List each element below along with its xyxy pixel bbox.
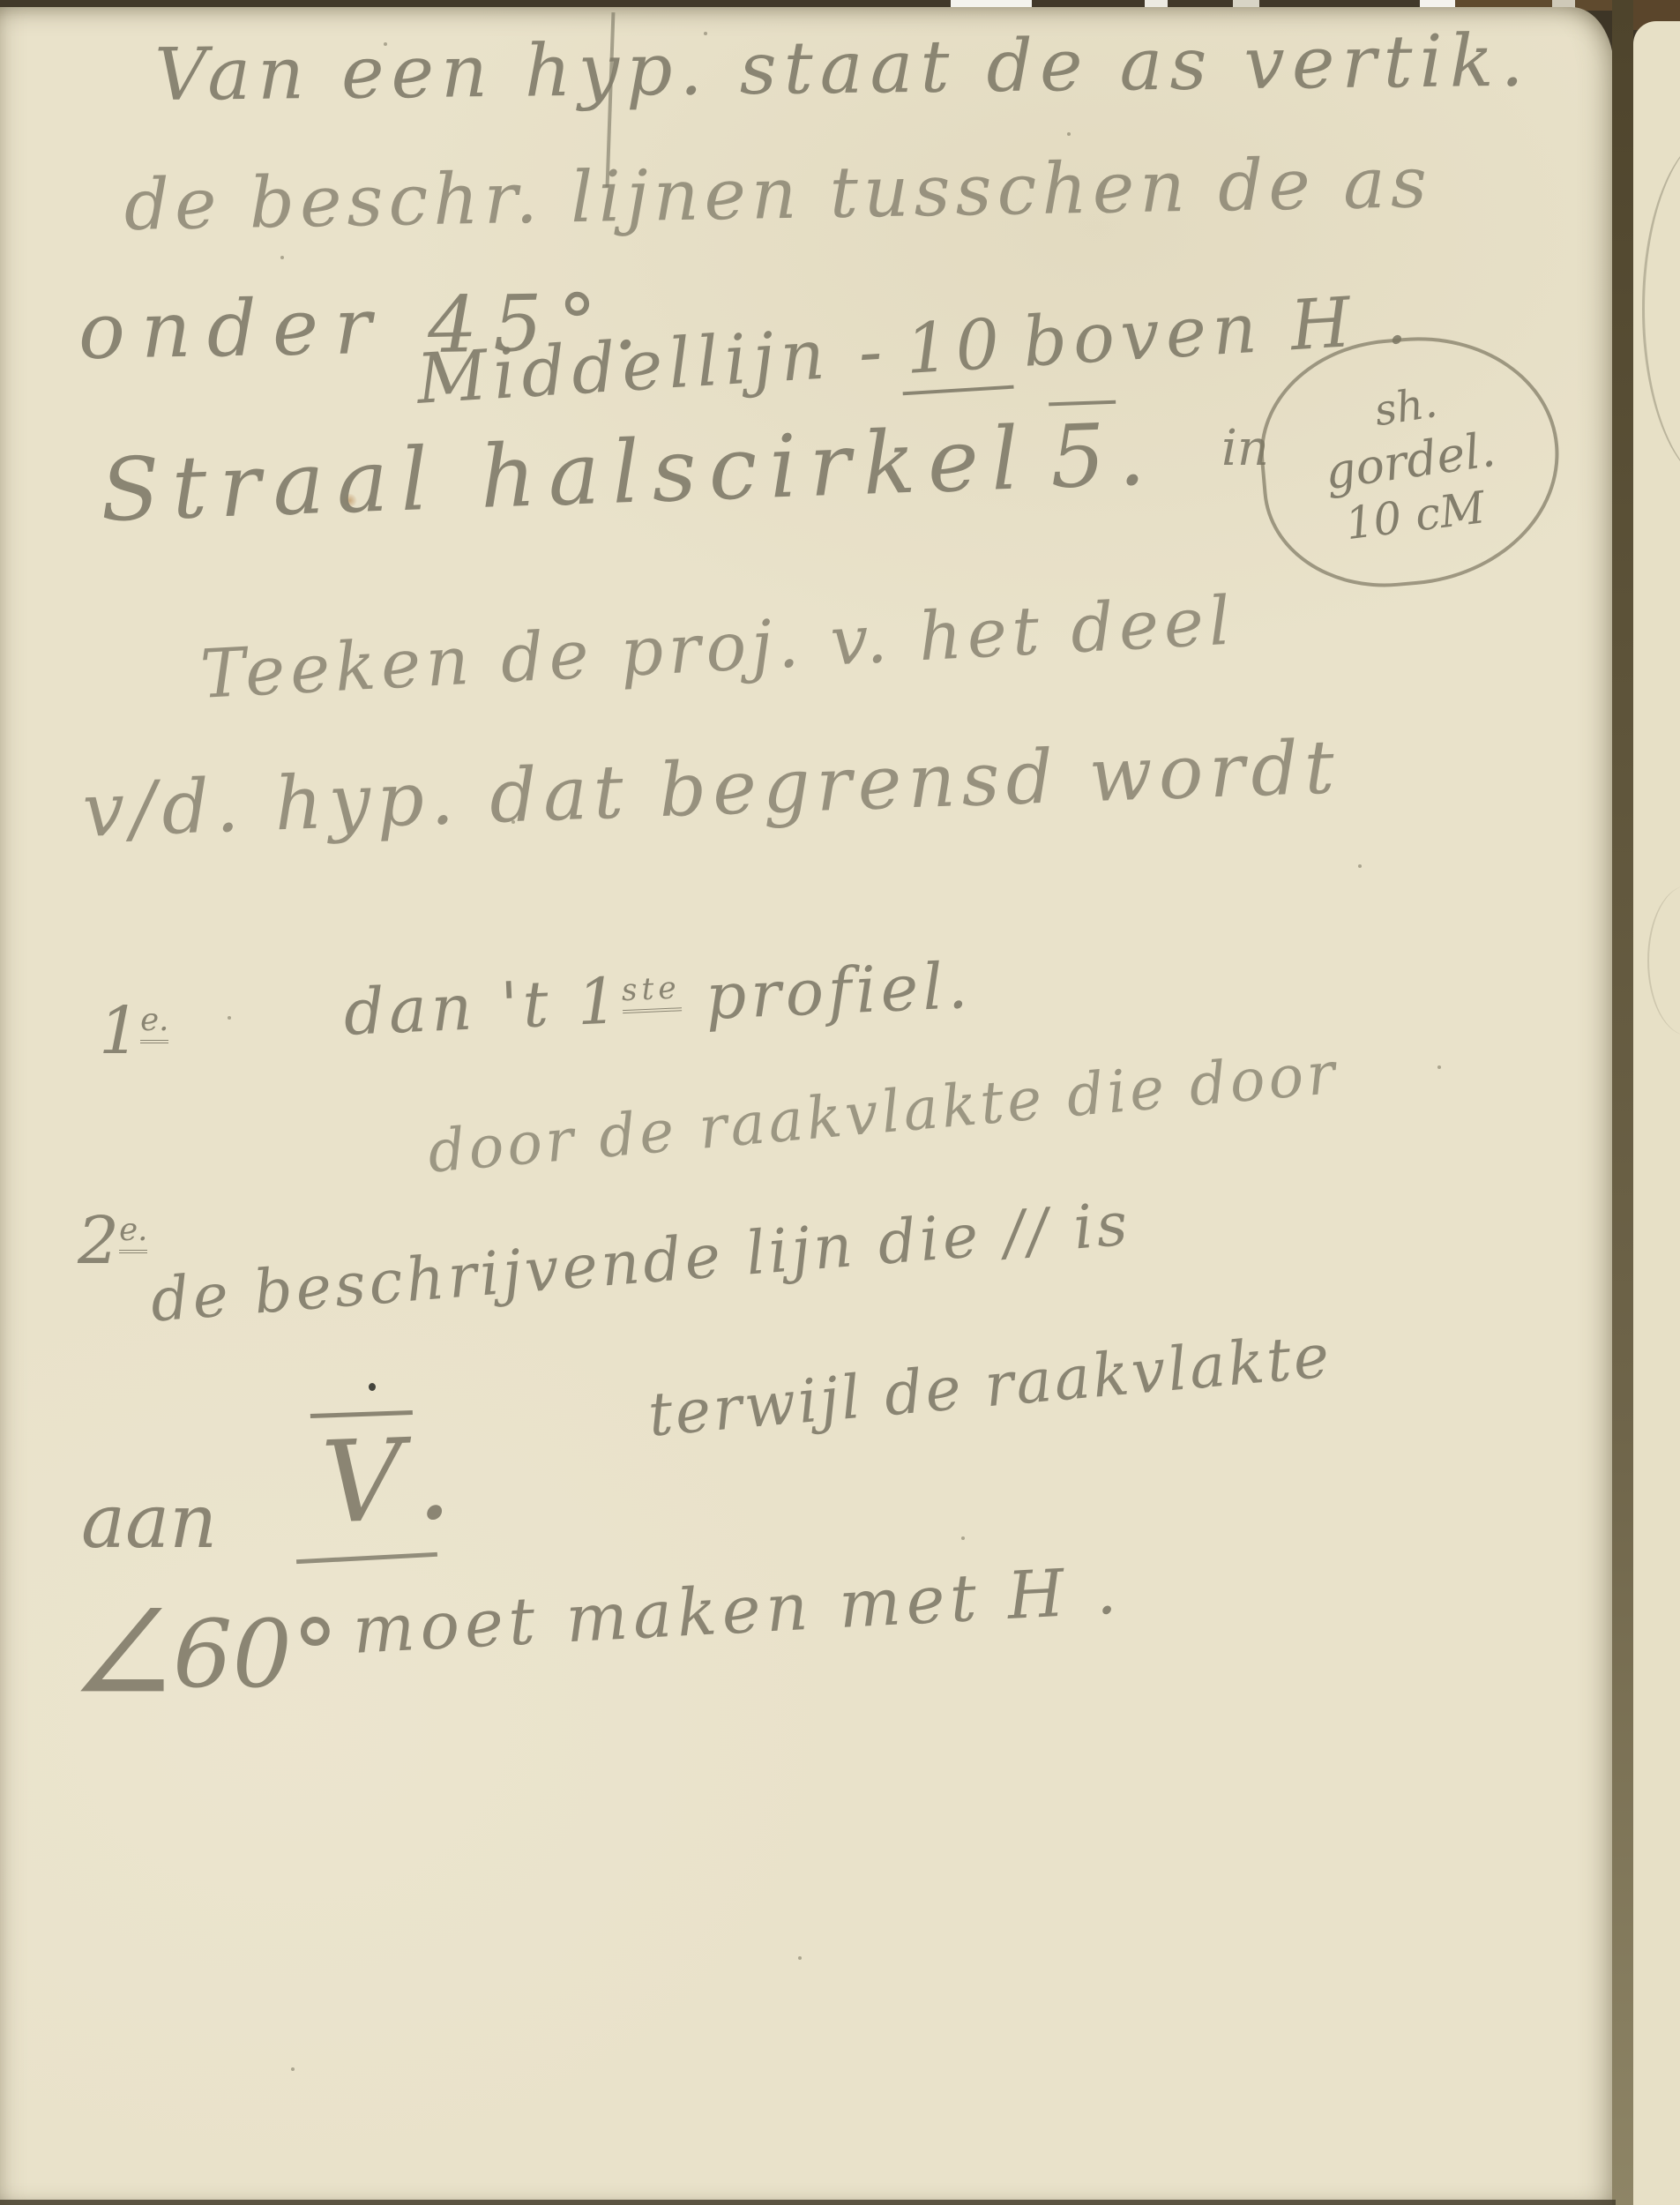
pencil-mark — [1642, 132, 1680, 485]
handwriting-line-11: terwijl de raakvlakte — [646, 1321, 1334, 1450]
paper-speck — [280, 256, 284, 259]
scan-bottom-edge — [0, 2200, 1616, 2205]
overlined-letter: V — [310, 1410, 418, 1550]
handwriting-line-7: v/d. hyp. dat begrensd wordt — [81, 723, 1341, 854]
scanned-notebook-page: Van een hyp. staat de as vertik. de besc… — [0, 0, 1680, 2205]
notebook-page: Van een hyp. staat de as vertik. de besc… — [0, 7, 1614, 2205]
handwriting-line-12: moet maken met H . — [351, 1552, 1124, 1669]
angle-symbol: ∠ — [60, 1568, 184, 1741]
list-marker-2e: 2e. — [78, 1203, 147, 1279]
handwriting-line-6: Teeken de proj. v. het deel — [198, 581, 1237, 714]
ink-speck — [369, 1383, 376, 1391]
annotation-row: sh. — [1370, 377, 1440, 436]
scan-highlight — [1233, 0, 1259, 7]
ordinal-superscript: ste — [621, 970, 682, 1013]
underlined-number: 10 — [898, 304, 1013, 395]
handwriting-line-1: Van een hyp. staat de as vertik. — [154, 19, 1531, 117]
scan-highlight — [1145, 0, 1168, 7]
marker-superscript: e. — [119, 1212, 147, 1253]
paper-speck — [1437, 1065, 1441, 1069]
paper-speck — [961, 1536, 965, 1540]
handwriting-line-8: dan 't 1ste profiel. — [342, 948, 974, 1050]
handwriting-line-5: Straal halscirkel5. — [99, 404, 1159, 542]
plane-symbol-V: V. — [310, 1414, 453, 1550]
list-marker-1e: 1e. — [99, 993, 168, 1069]
handwriting-text: 2 — [78, 1203, 119, 1279]
marker-superscript: e. — [140, 1002, 168, 1043]
handwriting-line-10: de beschrijvende lijn die // is — [148, 1190, 1133, 1336]
paper-speck — [798, 1956, 802, 1960]
paper-speck — [291, 2067, 295, 2071]
handwriting-text: 1 — [99, 993, 140, 1069]
handwriting-text: profiel. — [679, 948, 973, 1035]
book-gutter — [1612, 0, 1633, 2205]
handwriting-text: . — [413, 1414, 453, 1546]
handwriting-text: Straal halscirkel — [99, 408, 1033, 542]
paper-speck — [1358, 864, 1362, 868]
paper-speck — [1067, 132, 1071, 136]
underline-stroke — [296, 1552, 437, 1564]
handwriting-line-2: de beschr. lijnen tusschen de as — [123, 141, 1433, 246]
handwriting-line-9: door de raakvlakte die door — [425, 1039, 1341, 1186]
paper-speck — [228, 1016, 231, 1020]
handwriting-text: . — [1116, 404, 1159, 506]
handwriting-word-aan: aan — [81, 1478, 217, 1565]
circled-annotation: sh. gordel. 10 cM — [1251, 325, 1569, 597]
pencil-mark — [1647, 886, 1680, 1035]
adjacent-page-edge — [1633, 21, 1680, 2205]
angle-degrees: 60° — [173, 1600, 339, 1708]
handwriting-text: dan 't 1 — [342, 963, 623, 1050]
overlined-number: 5 — [1049, 400, 1120, 509]
